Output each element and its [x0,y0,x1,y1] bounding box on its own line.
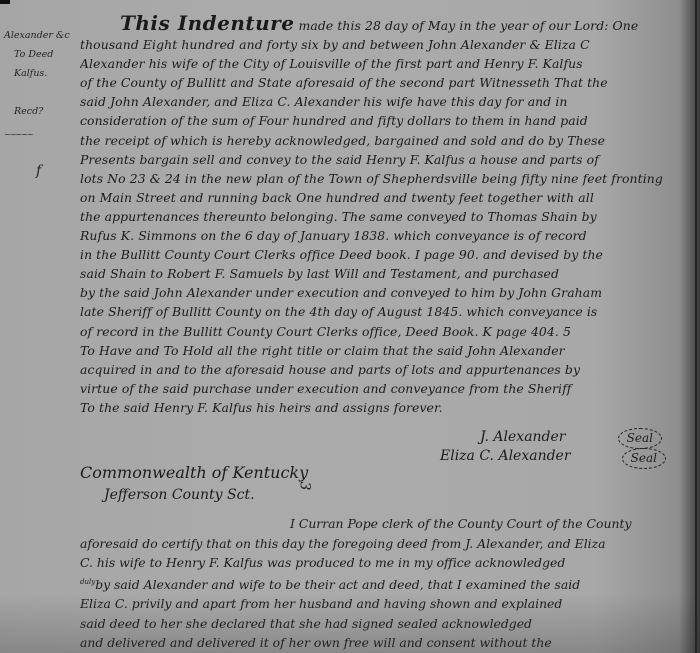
deed-line: lots No 23 & 24 in the new plan of the T… [80,169,690,188]
corner-mark [0,0,10,4]
margin-f-mark: f [4,162,76,181]
certificate-subheading: Jefferson County Sct. [80,484,308,506]
deed-line: To the said Henry F. Kalfus his heirs an… [80,398,690,417]
deed-line: of record in the Bullitt County Court Cl… [80,322,690,341]
deed-line: late Sheriff of Bullitt County on the 4t… [80,302,690,321]
margin-flourish: ~~~~~ [4,125,76,144]
deed-line-1: This Indenture made this 28 day of May i… [80,14,690,35]
document-page: Alexander &c To Deed Kalfus. Recd? ~~~~~… [0,0,700,653]
certificate-line: aforesaid do certify that on this day th… [80,534,690,554]
deed-line: acquired in and to the aforesaid house a… [80,360,690,379]
certificate-heading-block: Commonwealth of Kentucky Jefferson Count… [80,462,308,506]
deed-line: on Main Street and running back One hund… [80,188,690,207]
seal-mark: Seal [622,448,666,469]
deed-line: the appurtenances thereunto belonging. T… [80,207,690,226]
deed-line: virtue of the said purchase under execut… [80,379,690,398]
deed-line: the receipt of which is hereby acknowled… [80,131,690,150]
seal-mark: Seal [618,428,662,449]
margin-note: Alexander &c [4,26,76,45]
deed-line: Alexander his wife of the City of Louisv… [80,54,690,73]
margin-note: To Deed [4,45,76,64]
certificate-line: dulyby said Alexander and wife to be the… [80,573,690,595]
page-marker: 3 [296,482,312,491]
interlinear-note: duly [80,578,95,586]
margin-note: Recd? [4,102,76,121]
page-binding-edge [695,0,697,653]
deed-line: of the County of Bullitt and State afore… [80,73,690,92]
deed-line: said John Alexander, and Eliza C. Alexan… [80,92,690,111]
deed-line: Rufus K. Simmons on the 6 day of January… [80,226,690,245]
certificate-line: Eliza C. privily and apart from her husb… [80,594,690,614]
deed-line: in the Bullitt County Court Clerks offic… [80,245,690,264]
deed-line: To Have and To Hold all the right title … [80,341,690,360]
deed-line: said Shain to Robert F. Samuels by last … [80,264,690,283]
deed-body: This Indenture made this 28 day of May i… [80,14,690,417]
margin-notes: Alexander &c To Deed Kalfus. Recd? ~~~~~… [4,26,76,181]
certificate-line: I Curran Pope clerk of the County Court … [80,514,690,534]
certificate-body: I Curran Pope clerk of the County Court … [80,514,690,653]
certificate-line: C. his wife to Henry F. Kalfus was produ… [80,553,690,573]
certificate-heading: Commonwealth of Kentucky [80,462,308,484]
margin-note: Kalfus. [4,64,76,83]
certificate-line: and delivered and delivered it of her ow… [80,633,690,653]
deed-line: thousand Eight hundred and forty six by … [80,35,690,54]
deed-line: by the said John Alexander under executi… [80,283,690,302]
signature-block: J. Alexander Eliza C. Alexander Seal Sea… [440,428,680,466]
certificate-line: said deed to her she declared that she h… [80,614,690,634]
deed-line: Presents bargain sell and convey to the … [80,150,690,169]
deed-line: consideration of the sum of Four hundred… [80,111,690,130]
deed-title: This Indenture [120,14,294,35]
